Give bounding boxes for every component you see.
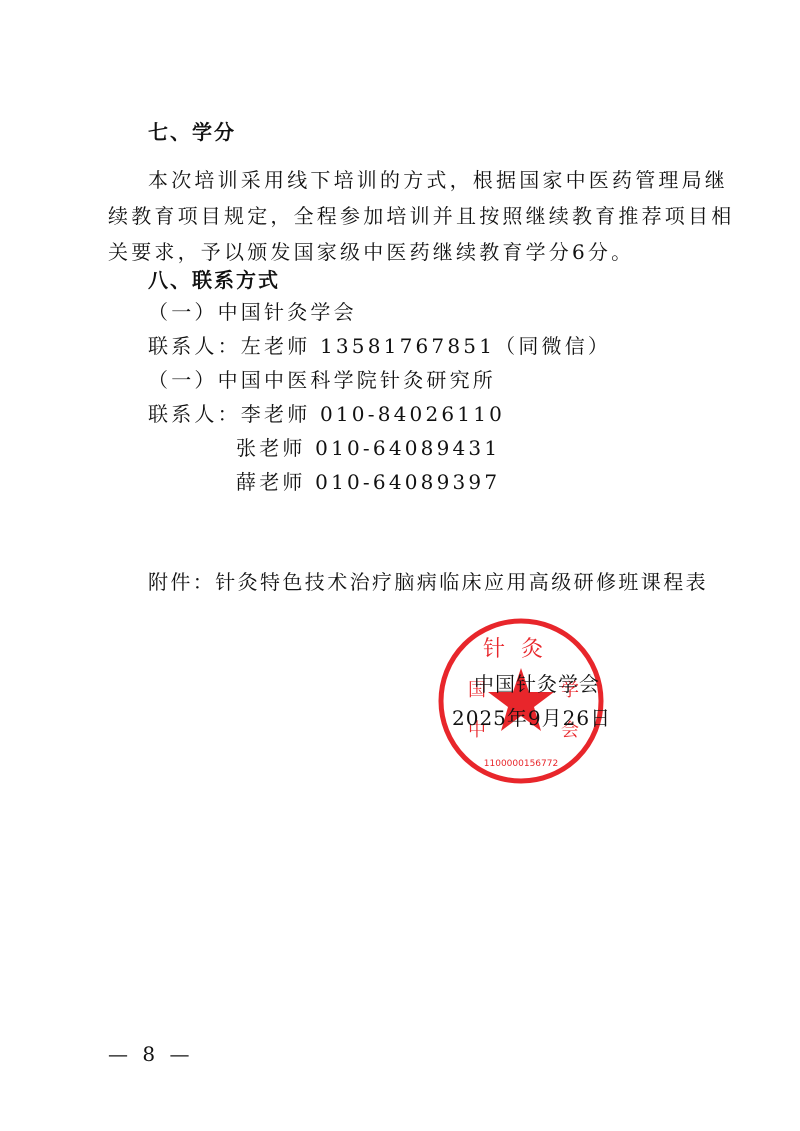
contact-1: 联系人：左老师 13581767851（同微信） <box>148 334 611 358</box>
section-7-paragraph-line-3: 关要求，予以颁发国家级中医药继续教育学分6分。 <box>108 240 634 264</box>
official-seal: 针灸 国 中 学 会 1100000156772 <box>436 616 606 786</box>
svg-text:1100000156772: 1100000156772 <box>484 759 558 769</box>
signature-org: 中国针灸学会 <box>474 672 600 696</box>
contact-2: 联系人：李老师 010-84026110 <box>148 402 505 426</box>
section-7-heading: 七、学分 <box>148 120 236 144</box>
signature-date: 2025年9月26日 <box>452 706 611 730</box>
svg-text:针灸: 针灸 <box>483 637 559 662</box>
page-number: — 8 — <box>108 1042 193 1066</box>
contact-4: 薛老师 010-64089397 <box>236 470 500 494</box>
section-7-paragraph-line-2: 续教育项目规定，全程参加培训并且按照继续教育推荐项目相 <box>108 204 734 228</box>
attachment-line: 附件：针灸特色技术治疗脑病临床应用高级研修班课程表 <box>148 570 708 594</box>
section-8-heading: 八、联系方式 <box>148 268 280 292</box>
org-1: （一）中国针灸学会 <box>148 300 357 324</box>
org-2: （一）中国中医科学院针灸研究所 <box>148 368 496 392</box>
section-7-paragraph-line-1: 本次培训采用线下培训的方式，根据国家中医药管理局继 <box>148 168 728 192</box>
contact-3: 张老师 010-64089431 <box>236 436 500 460</box>
